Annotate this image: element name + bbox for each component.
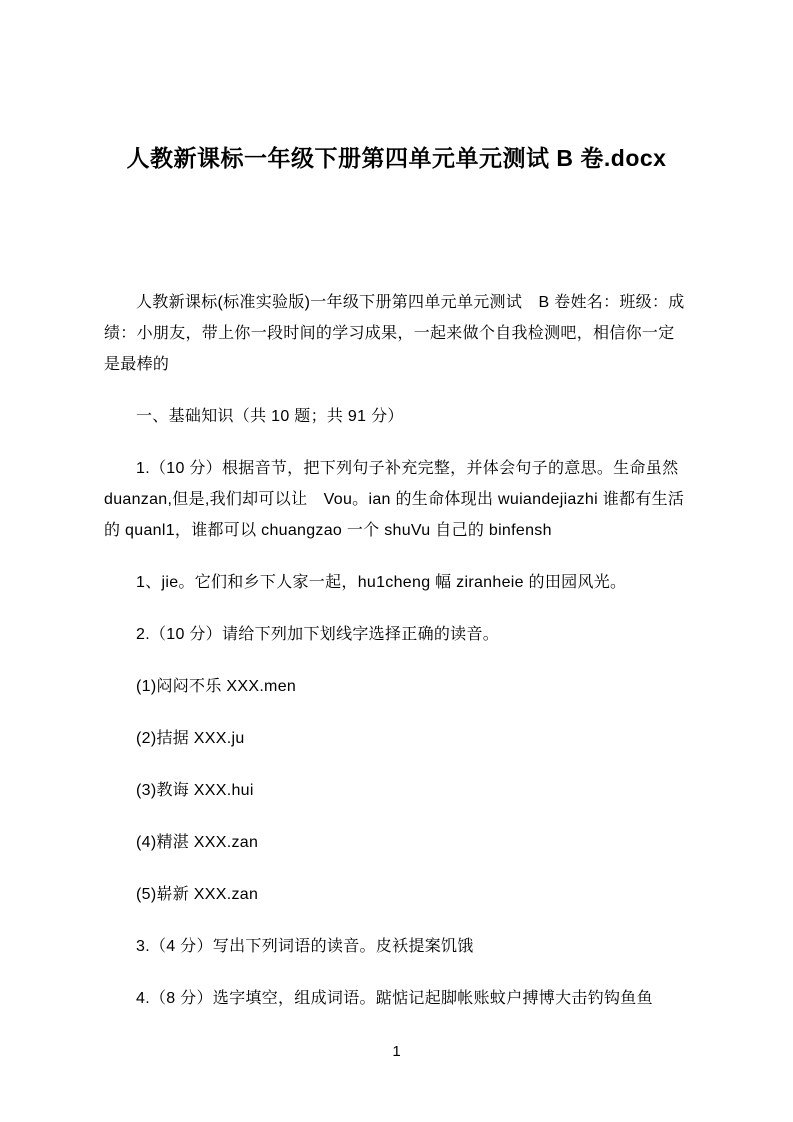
question-2: 2.（10 分）请给下列加下划线字选择正确的读音。 bbox=[104, 619, 689, 650]
question-2-option-2: (2)拮据 XXX.ju bbox=[104, 723, 689, 754]
question-2-option-5: (5)崭新 XXX.zan bbox=[104, 879, 689, 910]
document-content: 人教新课标一年级下册第四单元单元测试 B 卷.docx 人教新课标(标准实验版)… bbox=[104, 142, 689, 1035]
question-3: 3.（4 分）写出下列词语的读音。皮袄提案饥饿 bbox=[104, 931, 689, 962]
question-2-option-4: (4)精湛 XXX.zan bbox=[104, 827, 689, 858]
intro-paragraph: 人教新课标(标准实验版)一年级下册第四单元单元测试 B 卷姓名：班级：成绩：小朋… bbox=[104, 287, 689, 380]
question-1: 1.（10 分）根据音节，把下列句子补充完整，并体会句子的意思。生命虽然 dua… bbox=[104, 453, 689, 546]
question-2-option-3: (3)教诲 XXX.hui bbox=[104, 775, 689, 806]
question-2-option-1: (1)闷闷不乐 XXX.men bbox=[104, 671, 689, 702]
document-page: 人教新课标一年级下册第四单元单元测试 B 卷.docx 人教新课标(标准实验版)… bbox=[0, 0, 793, 1122]
page-number: 1 bbox=[0, 1042, 793, 1062]
question-1-subitem: 1、jie。它们和乡下人家一起，hu1cheng 幅 ziranheie 的田园… bbox=[104, 567, 689, 598]
document-title: 人教新课标一年级下册第四单元单元测试 B 卷.docx bbox=[104, 142, 689, 175]
question-4: 4.（8 分）选字填空，组成词语。踮惦记起脚帐账蚊户搏博大击钓钩鱼鱼 bbox=[104, 983, 689, 1014]
section-heading: 一、基础知识（共 10 题；共 91 分） bbox=[104, 401, 689, 432]
